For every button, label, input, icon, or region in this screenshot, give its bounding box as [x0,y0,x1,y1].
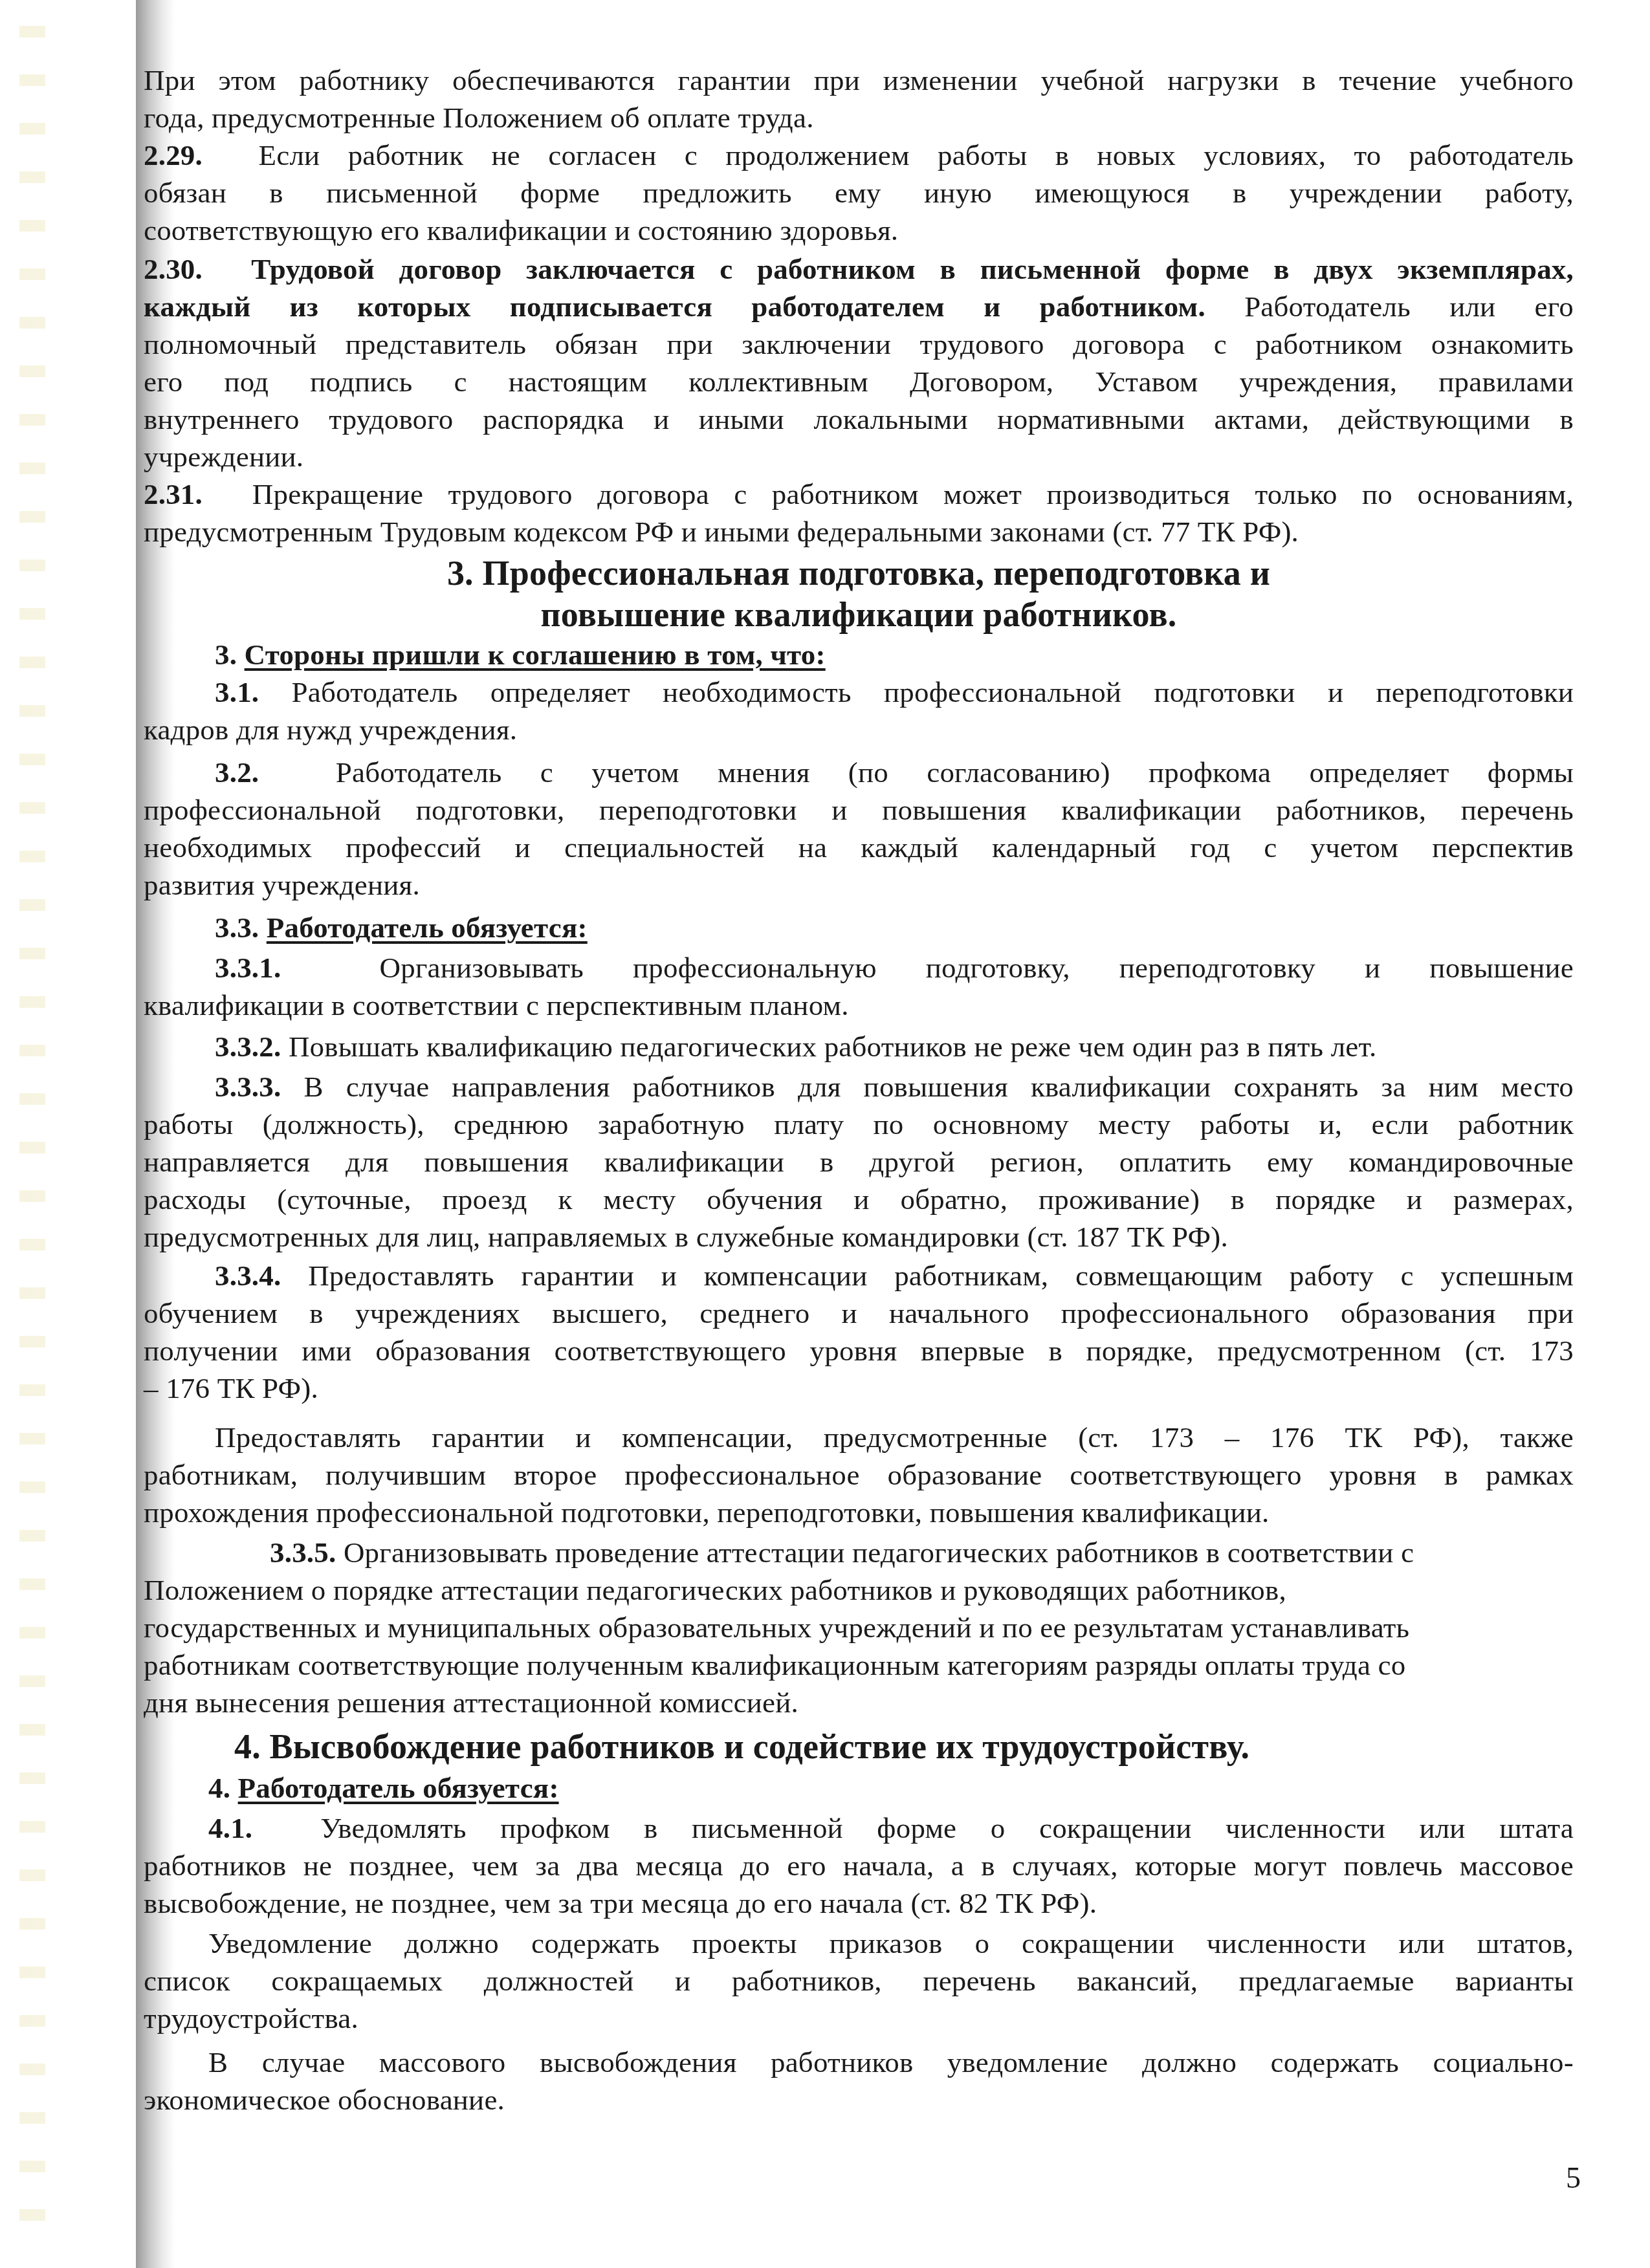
paragraph-line: направляется для повышения квалификации … [144,1143,1574,1181]
paragraph-line: дня вынесения решения аттестационной ком… [144,1684,1574,1721]
section-3-obligations: 3.3. Работодатель обязуется: [215,909,588,946]
paragraph-line: полномочный представитель обязан при зак… [144,325,1574,363]
clause-number: 3.2. [215,756,259,789]
obligations-number: 4. [208,1772,230,1804]
paragraph-line: кадров для нужд учреждения. [144,711,1574,748]
paragraph-line: предусмотренным Трудовым кодексом РФ и и… [144,513,1574,551]
section-3-heading-line1: 3. Профессиональная подготовка, переподг… [144,552,1574,594]
clause-4-1: 4.1. Уведомлять профком в письменной фор… [208,1809,1574,1847]
paragraph-notice-content: Уведомление должно содержать проекты при… [208,1925,1574,1962]
clause-text: Прекращение трудового договора с работни… [252,478,1574,510]
clause-text: В случае направления работников для повы… [303,1071,1574,1103]
paragraph-line: работы (должность), среднюю заработную п… [144,1106,1574,1143]
paragraph-line: прохождения профессиональной подготовки,… [144,1494,1574,1531]
paragraph-line: профессиональной подготовки, переподгото… [144,791,1574,829]
scanner-artifact [19,26,45,2225]
paragraph-line: список сокращаемых должностей и работник… [144,1962,1574,2000]
clause-2-29: 2.29. Если работник не согласен с продол… [144,136,1574,174]
clause-number: 2.31. [144,478,203,510]
clause-number: 3.3.5. [270,1536,336,1569]
paragraph-line: предусмотренных для лиц, направляемых в … [144,1218,1574,1256]
paragraph-line: необходимых профессий и специальностей н… [144,829,1574,866]
clause-text: Организовывать профессиональную подготов… [380,952,1574,984]
clause-3-1: 3.1. Работодатель определяет необходимос… [215,673,1574,711]
paragraph-mass-release: В случае массового высвобождения работни… [208,2044,1574,2081]
obligations-number: 3.3. [215,911,259,944]
clause-text: Работодатель с учетом мнения (по согласо… [336,756,1574,789]
paragraph-line: года, предусмотренные Положением об опла… [144,99,1574,136]
clause-number: 3.3.1. [215,952,281,984]
agreement-label: Стороны пришли к соглашению в том, что: [245,638,826,671]
paragraph-line: работникам соответствующие полученным кв… [144,1646,1574,1684]
clause-number: 3.3.4. [215,1259,281,1292]
paragraph-line: расходы (суточные, проезд к месту обучен… [144,1181,1574,1218]
paragraph-line: его под подпись с настоящим коллективным… [144,363,1574,400]
clause-2-30: 2.30. Трудовой договор заключается с раб… [144,250,1574,288]
clause-number: 3.3.3. [215,1071,281,1103]
section-3-agreement: 3. Стороны пришли к соглашению в том, чт… [215,636,826,673]
paragraph-line: высвобождение, не позднее, чем за три ме… [144,1884,1574,1922]
clause-3-3-3: 3.3.3. В случае направления работников д… [215,1068,1574,1106]
paragraph-line: экономическое обоснование. [144,2081,1574,2119]
regular-text: Работодатель или его [1244,290,1574,323]
clause-number: 2.30. [144,253,203,285]
obligations-label: Работодатель обязуется: [238,1772,559,1804]
section-4-obligations: 4. Работодатель обязуется: [208,1769,559,1807]
paragraph-line: – 176 ТК РФ). [144,1369,1574,1407]
paragraph-line: обязан в письменной форме предложить ему… [144,174,1574,212]
clause-text: Организовывать проведение аттестации пед… [344,1536,1414,1569]
paragraph-line: развития учреждения. [144,866,1574,904]
paragraph-line: учреждении. [144,438,1574,475]
clause-number: 4.1. [208,1812,252,1844]
clause-text: Повышать квалификацию педагогических раб… [289,1030,1377,1063]
clause-number: 3.3.2. [215,1030,281,1063]
paragraph-guarantees: Предоставлять гарантии и компенсации, пр… [215,1419,1574,1456]
clause-3-2: 3.2. Работодатель с учетом мнения (по со… [215,754,1574,791]
paragraph-line: При этом работнику обеспечиваются гарант… [144,61,1574,99]
clause-text: Уведомлять профком в письменной форме о … [320,1812,1574,1844]
clause-number: 2.29. [144,139,203,171]
clause-3-3-2: 3.3.2. Повышать квалификацию педагогичес… [215,1028,1574,1065]
bold-text: каждый из которых подписывается работода… [144,290,1205,323]
agreement-number: 3. [215,638,237,671]
paragraph-line: каждый из которых подписывается работода… [144,288,1574,325]
paragraph-line: внутреннего трудового распорядка и иными… [144,400,1574,438]
page-number: 5 [1566,2161,1581,2195]
paragraph-line: квалификации в соответствии с перспектив… [144,987,1574,1024]
paragraph-line: трудоустройства. [144,2000,1574,2037]
paragraph-line: государственных и муниципальных образова… [144,1609,1574,1646]
clause-3-3-4: 3.3.4. Предоставлять гарантии и компенса… [215,1257,1574,1294]
clause-text: Работодатель определяет необходимость пр… [292,676,1574,708]
clause-text: Предоставлять гарантии и компенсации раб… [308,1259,1574,1292]
clause-text-bold: Трудовой договор заключается с работнико… [251,253,1574,285]
paragraph-line: Положением о порядке аттестации педагоги… [144,1571,1574,1609]
clause-3-3-5: 3.3.5. Организовывать проведение аттеста… [270,1534,1564,1571]
clause-2-31: 2.31. Прекращение трудового договора с р… [144,475,1574,513]
obligations-label: Работодатель обязуется: [267,911,588,944]
paragraph-line: работников не позднее, чем за два месяца… [144,1847,1574,1884]
clause-number: 3.1. [215,676,259,708]
paragraph-line: соответствующую его квалификации и состо… [144,212,1574,249]
paragraph-line: обучением в учреждениях высшего, среднег… [144,1294,1574,1332]
paragraph-line: получении ими образования соответствующе… [144,1332,1574,1369]
paragraph-line: работникам, получившим второе профессион… [144,1456,1574,1494]
clause-text: Если работник не согласен с продолжением… [259,139,1574,171]
section-4-heading: 4. Высвобождение работников и содействие… [234,1725,1249,1768]
clause-3-3-1: 3.3.1. Организовывать профессиональную п… [215,949,1574,987]
section-3-heading-line2: повышение квалификации работников. [144,593,1574,636]
